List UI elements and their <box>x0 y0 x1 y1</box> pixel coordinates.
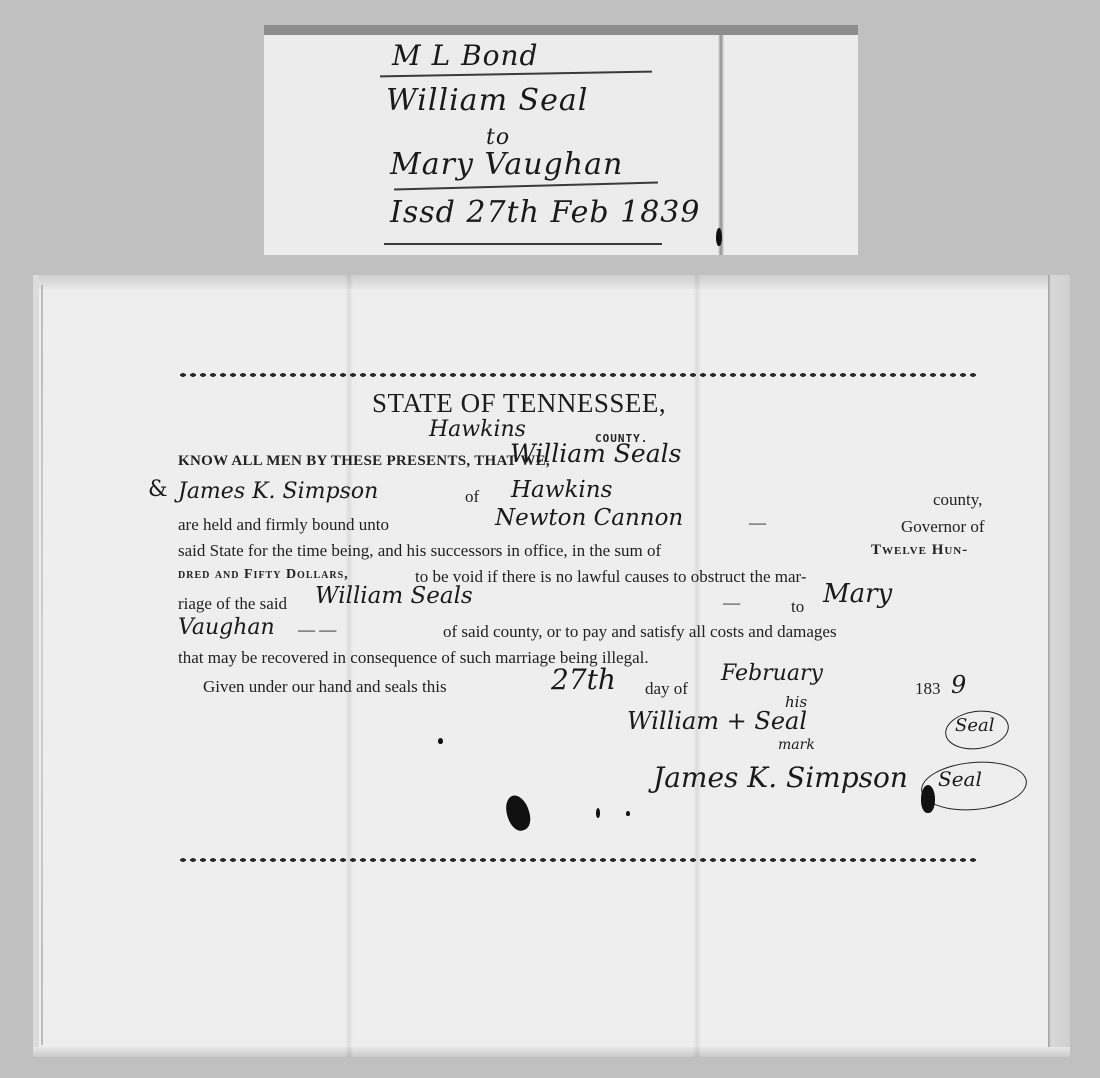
principal-name: William Seals <box>510 439 681 468</box>
docket-bride: Mary Vaughan <box>390 147 623 182</box>
paper-top-edge <box>33 275 1070 289</box>
month-handwritten: February <box>721 661 823 686</box>
ampersand: & <box>148 477 168 502</box>
paper-bottom-edge <box>33 1047 1070 1057</box>
bride-last-name: Vaughan <box>178 615 275 640</box>
docket-rule <box>394 182 658 190</box>
ink-dot <box>626 811 630 816</box>
signature-mark-label: mark <box>778 737 815 753</box>
bride-first-name: Mary <box>823 579 892 609</box>
paper-left-edge <box>33 275 39 1057</box>
printed-line-void-if: to be void if there is no lawful causes … <box>415 567 807 587</box>
ink-blot <box>921 785 935 813</box>
document-title: STATE OF TENNESSEE, <box>372 388 666 419</box>
seal-label-2: Seal <box>938 767 982 791</box>
county-suffix: county, <box>933 490 982 510</box>
snippet-top-edge <box>264 25 858 35</box>
ink-blot <box>716 228 722 246</box>
ornamental-border-bottom <box>178 857 978 863</box>
day-of-label: day of <box>645 679 688 699</box>
paper-right-edge <box>1048 275 1070 1057</box>
signature-william-seal: William + Seal <box>627 707 807 735</box>
printed-line-given: Given under our hand and seals this <box>203 677 447 697</box>
residence-county: Hawkins <box>511 477 612 503</box>
day-handwritten: 27th <box>551 663 616 696</box>
printed-line-successors: said State for the time being, and his s… <box>178 541 661 561</box>
docket-rule <box>384 243 662 245</box>
paper-fold <box>693 275 701 1057</box>
docket-groom: William Seal <box>386 83 588 118</box>
ink-dot <box>596 808 600 818</box>
printed-line-bound-unto: are held and firmly bound unto <box>178 515 389 535</box>
of-label: of <box>465 487 479 507</box>
groom-dash: — <box>723 593 740 613</box>
printed-line-know-all-men: KNOW ALL MEN BY THESE PRESENTS, THAT WE, <box>178 453 550 470</box>
bond-sum-part1: Twelve Hun- <box>871 542 968 559</box>
marriage-bond-document: STATE OF TENNESSEE, Hawkins COUNTY. KNOW… <box>33 275 1070 1057</box>
snippet-fold-line <box>718 35 724 255</box>
bride-dashes: — — <box>298 620 336 640</box>
paper-margin-line <box>41 285 43 1045</box>
groom-name: William Seals <box>315 583 473 609</box>
printed-line-pay-and-satisfy: of said county, or to pay and satisfy al… <box>443 622 837 642</box>
year-handwritten: 9 <box>951 671 966 699</box>
bond-sum-part2: dred and Fifty Dollars, <box>178 567 349 583</box>
docket-issued-date: Issd 27th Feb 1839 <box>390 195 701 230</box>
governor-label: Governor of <box>901 517 985 537</box>
docket-snippet: M L Bond William Seal to Mary Vaughan Is… <box>264 25 858 255</box>
governor-name: Newton Cannon <box>495 505 683 531</box>
year-printed: 183 <box>915 679 941 699</box>
ink-blot <box>502 792 534 833</box>
ornamental-border-top <box>178 372 978 378</box>
ink-dot <box>438 738 443 744</box>
to-label: to <box>791 597 804 617</box>
printed-line-marriage-of: riage of the said <box>178 594 287 614</box>
governor-dash: — <box>749 513 766 533</box>
seal-label-1: Seal <box>955 715 994 736</box>
surety-name: James K. Simpson <box>178 479 378 504</box>
docket-title: M L Bond <box>392 39 538 72</box>
signature-james-simpson: James K. Simpson <box>653 761 908 794</box>
